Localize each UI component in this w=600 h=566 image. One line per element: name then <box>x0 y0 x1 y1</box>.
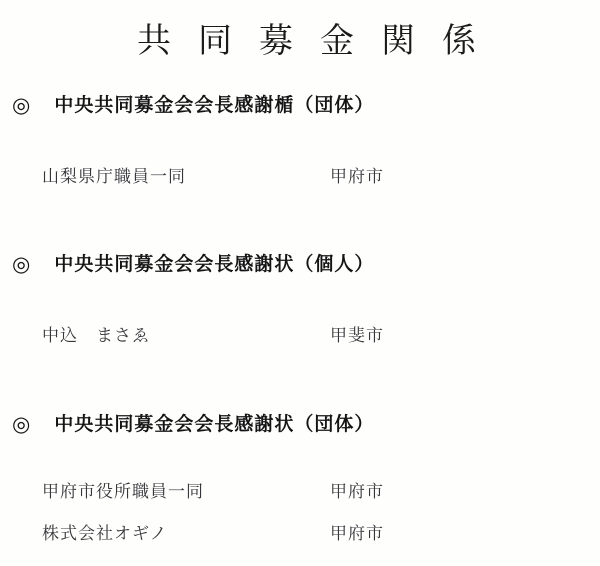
recipient-row: 甲府市役所職員一同 甲府市 <box>0 481 600 503</box>
recipient-city: 甲府市 <box>330 481 600 503</box>
section-heading: ◎ 中央共同募金会会長感謝状（団体） <box>0 413 600 437</box>
recipient-name: 中込 まさゑ <box>42 325 330 347</box>
award-section-certificate-group: ◎ 中央共同募金会会長感謝状（団体） 甲府市役所職員一同 甲府市 株式会社オギノ… <box>0 413 600 545</box>
document-title: 共同募金関係 <box>0 0 600 59</box>
recipient-city: 甲斐市 <box>330 325 600 347</box>
recipient-row: 山梨県庁職員一同 甲府市 <box>0 166 600 188</box>
section-heading: ◎ 中央共同募金会会長感謝楯（団体） <box>0 94 600 118</box>
recipient-city: 甲府市 <box>330 166 600 188</box>
double-circle-bullet-icon: ◎ <box>12 94 31 118</box>
recipient-city: 甲府市 <box>330 523 600 545</box>
section-heading-label: 中央共同募金会会長感謝状（団体） <box>54 413 374 437</box>
award-section-certificate-individual: ◎ 中央共同募金会会長感謝状（個人） 中込 まさゑ 甲斐市 <box>0 253 600 347</box>
recipient-row: 株式会社オギノ 甲府市 <box>0 523 600 545</box>
recipient-name: 株式会社オギノ <box>42 523 330 545</box>
document-page: 共同募金関係 ◎ 中央共同募金会会長感謝楯（団体） 山梨県庁職員一同 甲府市 ◎… <box>0 0 600 566</box>
section-heading-label: 中央共同募金会会長感謝状（個人） <box>54 253 374 277</box>
recipient-name: 山梨県庁職員一同 <box>42 166 330 188</box>
award-section-shield-group: ◎ 中央共同募金会会長感謝楯（団体） 山梨県庁職員一同 甲府市 <box>0 94 600 188</box>
double-circle-bullet-icon: ◎ <box>12 413 31 437</box>
recipient-row: 中込 まさゑ 甲斐市 <box>0 325 600 347</box>
section-heading: ◎ 中央共同募金会会長感謝状（個人） <box>0 253 600 277</box>
recipient-name: 甲府市役所職員一同 <box>42 481 330 503</box>
section-heading-label: 中央共同募金会会長感謝楯（団体） <box>54 94 374 118</box>
double-circle-bullet-icon: ◎ <box>12 253 31 277</box>
